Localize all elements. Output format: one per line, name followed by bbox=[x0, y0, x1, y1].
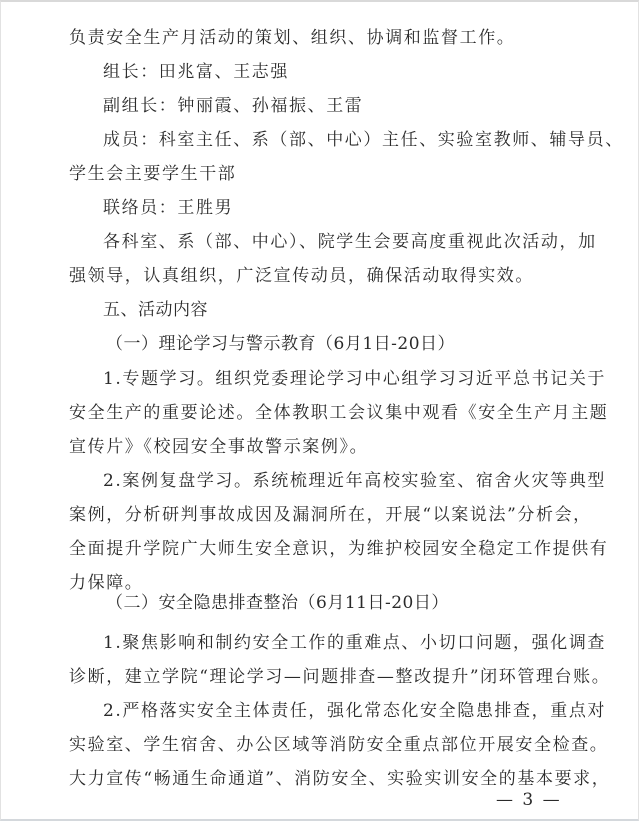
paragraph-line: 大力宣传“畅通生命通道”、消防安全、实验实训安全的基本要求， bbox=[69, 769, 610, 789]
paragraph-line: 成员：科室主任、系（部、中心）主任、实验室教师、辅导员、 bbox=[103, 130, 624, 150]
paragraph-line: 1.专题学习。组织党委理论学习中心组学习习近平总书记关于 bbox=[103, 369, 606, 389]
paragraph-line: 2.严格落实安全主体责任，强化常态化安全隐患排查，重点对 bbox=[103, 701, 606, 721]
paragraph-line: 宣传片》《校园安全事故警示案例》。 bbox=[69, 437, 368, 457]
paragraph-line: 安全生产的重要论述。全体教职工会议集中观看《安全生产月主题 bbox=[69, 403, 608, 423]
page-number: — 3 — bbox=[496, 790, 562, 810]
paragraph-line: 组长：田兆富、王志强 bbox=[103, 62, 289, 82]
paragraph-line: 强领导，认真组织，广泛宣传动员，确保活动取得实效。 bbox=[69, 266, 534, 286]
subsection-heading: （一）理论学习与警示教育（6月1日-20日） bbox=[106, 334, 455, 354]
subsection-heading: （二）安全隐患排查整治（6月11日-20日） bbox=[106, 593, 449, 613]
paragraph-line: 2.案例复盘学习。系统梳理近年高校实验室、宿舍火灾等典型 bbox=[103, 471, 606, 491]
paragraph-line: 各科室、系（部、中心）、院学生会要高度重视此次活动，加 bbox=[103, 232, 597, 252]
paragraph-line: 实验室、学生宿舍、办公区域等消防安全重点部位开展安全检查。 bbox=[69, 735, 608, 755]
paragraph-line: 案例，分析研判事故成因及漏洞所在，开展“以案说法”分析会， bbox=[69, 505, 592, 525]
paragraph-line: 负责安全生产月活动的策划、组织、协调和监督工作。 bbox=[69, 28, 515, 48]
paragraph-line: 副组长：钟丽霞、孙福振、王雷 bbox=[103, 96, 363, 116]
paragraph-line: 诊断，建立学院“理论学习—问题排查—整改提升”闭环管理台账。 bbox=[69, 667, 610, 687]
paragraph-line: 1.聚焦影响和制约安全工作的重难点、小切口问题，强化调查 bbox=[103, 633, 606, 653]
paragraph-line: 力保障。 bbox=[69, 573, 143, 593]
paragraph-line: 全面提升学院广大师生安全意识，为维护校园安全稳定工作提供有 bbox=[69, 539, 608, 559]
section-heading: 五、活动内容 bbox=[103, 300, 208, 320]
paragraph-line: 联络员：王胜男 bbox=[103, 198, 233, 218]
paragraph-line: 学生会主要学生干部 bbox=[69, 164, 236, 184]
document-page-frame: 负责安全生产月活动的策划、组织、协调和监督工作。组长：田兆富、王志强副组长：钟丽… bbox=[0, 0, 639, 821]
